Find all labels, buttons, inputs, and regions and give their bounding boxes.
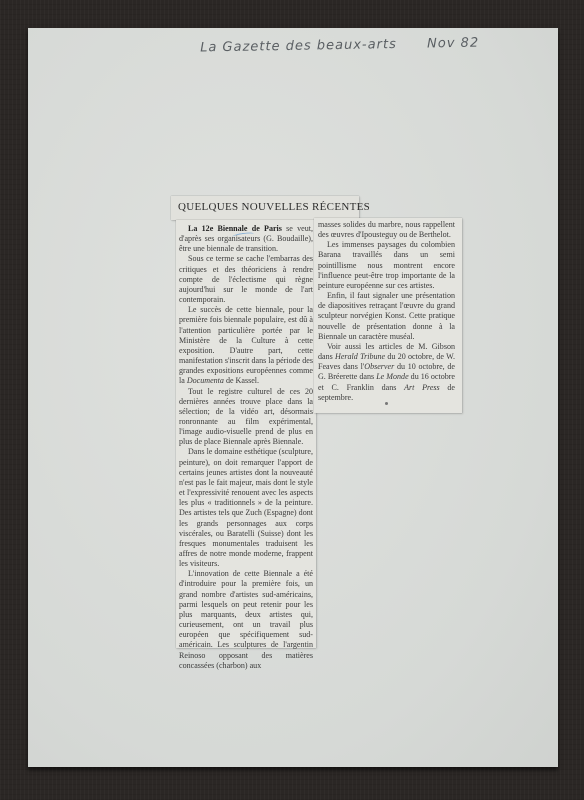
article-paragraph: Voir aussi les articles de M. Gibson dan… (318, 342, 455, 403)
italic-term: Documenta (187, 376, 224, 385)
clipping-right-column: masses solides du marbre, nous rappellen… (314, 218, 462, 413)
article-paragraph: La 12e Biennale de Paris se veut, d'aprè… (179, 224, 313, 254)
end-ornament (385, 402, 388, 405)
publication-title: Le Monde (376, 372, 408, 381)
article-paragraph: Le succès de cette biennale, pour la pre… (179, 305, 313, 386)
article-paragraph: Tout le registre culturel de ces 20 dern… (179, 387, 313, 448)
article-paragraph: Les immenses paysages du colombien Baran… (318, 240, 455, 291)
article-paragraph: Dans le domaine esthétique (sculpture, p… (179, 447, 313, 569)
clipping-left-column: La 12e Biennale de Paris se veut, d'aprè… (176, 220, 316, 648)
clipping-headline-strip: QUELQUES NOUVELLES RÉCENTES (171, 196, 359, 220)
right-column-text: masses solides du marbre, nous rappellen… (318, 220, 455, 403)
publication-title: Herald Tribune (335, 352, 385, 361)
article-paragraph: Enfin, il faut signaler une présentation… (318, 291, 455, 342)
publication-title: Observer (364, 362, 394, 371)
lead-bold: La 12e Biennale de Paris (188, 224, 282, 233)
article-paragraph: masses solides du marbre, nous rappellen… (318, 220, 455, 240)
handwritten-date: Nov 82 (427, 36, 479, 52)
left-column-text: La 12e Biennale de Paris se veut, d'aprè… (179, 224, 313, 671)
article-paragraph: Sous ce terme se cache l'embarras des cr… (179, 254, 313, 305)
publication-title: Art Press (404, 383, 440, 392)
article-headline: QUELQUES NOUVELLES RÉCENTES (178, 201, 370, 213)
article-paragraph: L'innovation de cette Biennale a été d'i… (179, 569, 313, 671)
